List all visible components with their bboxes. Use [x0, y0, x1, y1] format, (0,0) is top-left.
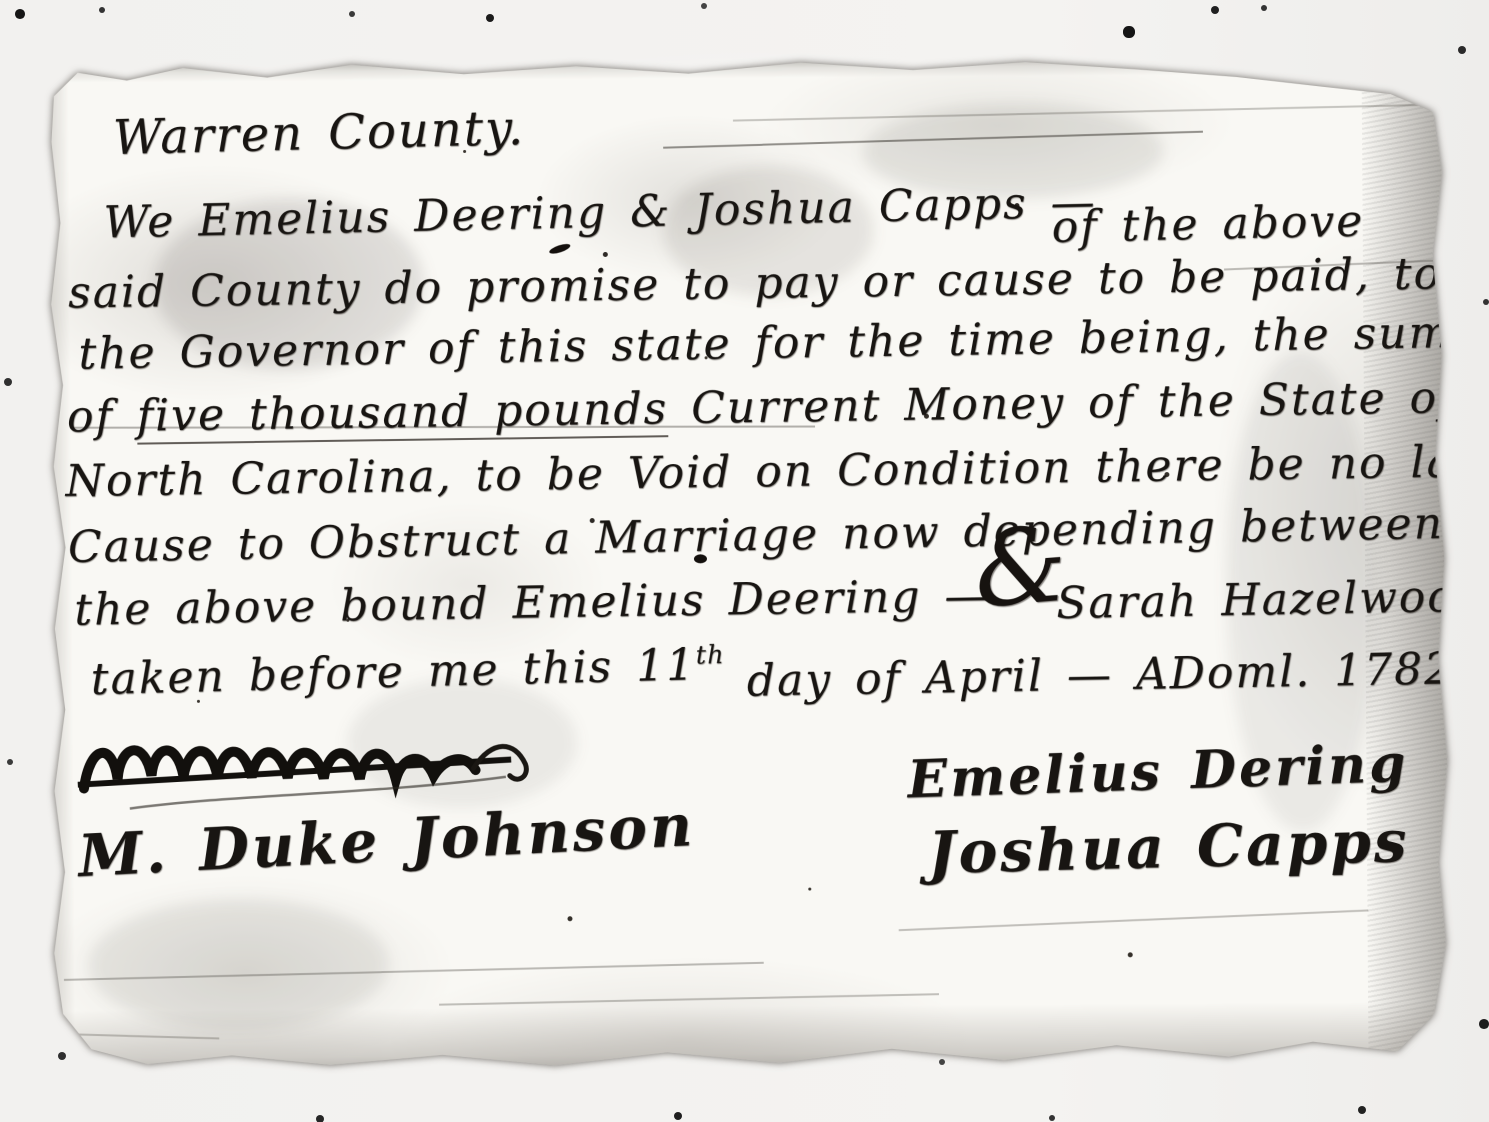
bond-line-1-right: of the above: [1051, 196, 1365, 254]
date-day-text: taken before me this 11: [90, 639, 696, 705]
paper-sheet-wrapper: Warren County. We Emelius Deering & Josh…: [42, 51, 1453, 1075]
marriage-bond-paper: Warren County. We Emelius Deering & Josh…: [42, 51, 1453, 1075]
bond-line-8-left: taken before me this 11th: [90, 639, 725, 705]
bondsman-signature-2: Joshua Capps: [927, 807, 1410, 887]
ink-blot: [548, 242, 571, 256]
scratch-line: [899, 909, 1369, 930]
bond-line-7-left: the above bound Emelius Deering —: [74, 570, 991, 635]
bond-line-7-right: Sarah Hazelwood: [1056, 571, 1486, 629]
underlined-amount: five thousand pounds: [136, 383, 668, 444]
superscript-th: th: [695, 640, 724, 671]
paper-ink-specks: [42, 61, 45, 64]
scanned-document-background: Warren County. We Emelius Deering & Josh…: [0, 0, 1489, 1122]
scratch-line: [439, 993, 939, 1005]
bond-line-4-prefix: of: [67, 391, 137, 443]
paper-top-edge-shading: [42, 51, 1446, 83]
county-header: Warren County.: [112, 100, 525, 166]
bond-line-1-left: We Emelius Deering & Joshua Capps —: [103, 177, 1097, 249]
